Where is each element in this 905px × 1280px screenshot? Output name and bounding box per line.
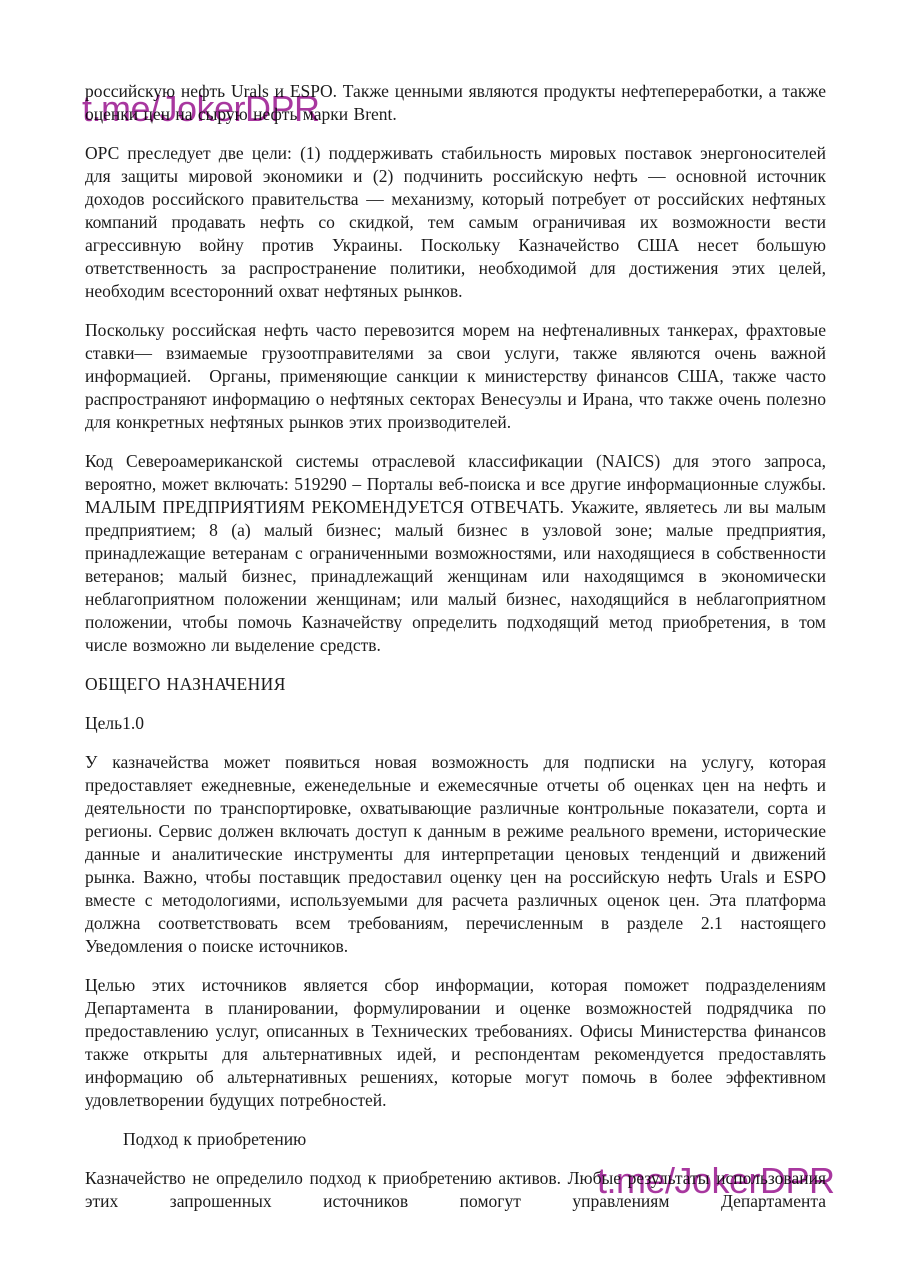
paragraph-acquisition: Казначейство не определило подход к прио… xyxy=(85,1167,826,1213)
subheading-acquisition-approach: Подход к приобретению xyxy=(85,1128,826,1151)
paragraph-subscription-service: У казначейства может появиться новая воз… xyxy=(85,751,826,958)
paragraph-opc-goals: ОРС преследует две цели: (1) поддерживат… xyxy=(85,142,826,303)
paragraph-freight-rates: Поскольку российская нефть часто перевоз… xyxy=(85,319,826,434)
goal-label: Цель1.0 xyxy=(85,712,826,735)
paragraph-espo-fragment: российскую нефть Urals и ESPO. Также цен… xyxy=(85,80,826,126)
document-page: российскую нефть Urals и ESPO. Также цен… xyxy=(0,0,905,1280)
section-heading-general-purpose: ОБЩЕГО НАЗНАЧЕНИЯ xyxy=(85,673,826,696)
document-text-block: российскую нефть Urals и ESPO. Также цен… xyxy=(85,80,826,1229)
paragraph-naics-code: Код Североамериканской системы отраслево… xyxy=(85,450,826,657)
paragraph-sources-purpose: Целью этих источников является сбор инфо… xyxy=(85,974,826,1112)
